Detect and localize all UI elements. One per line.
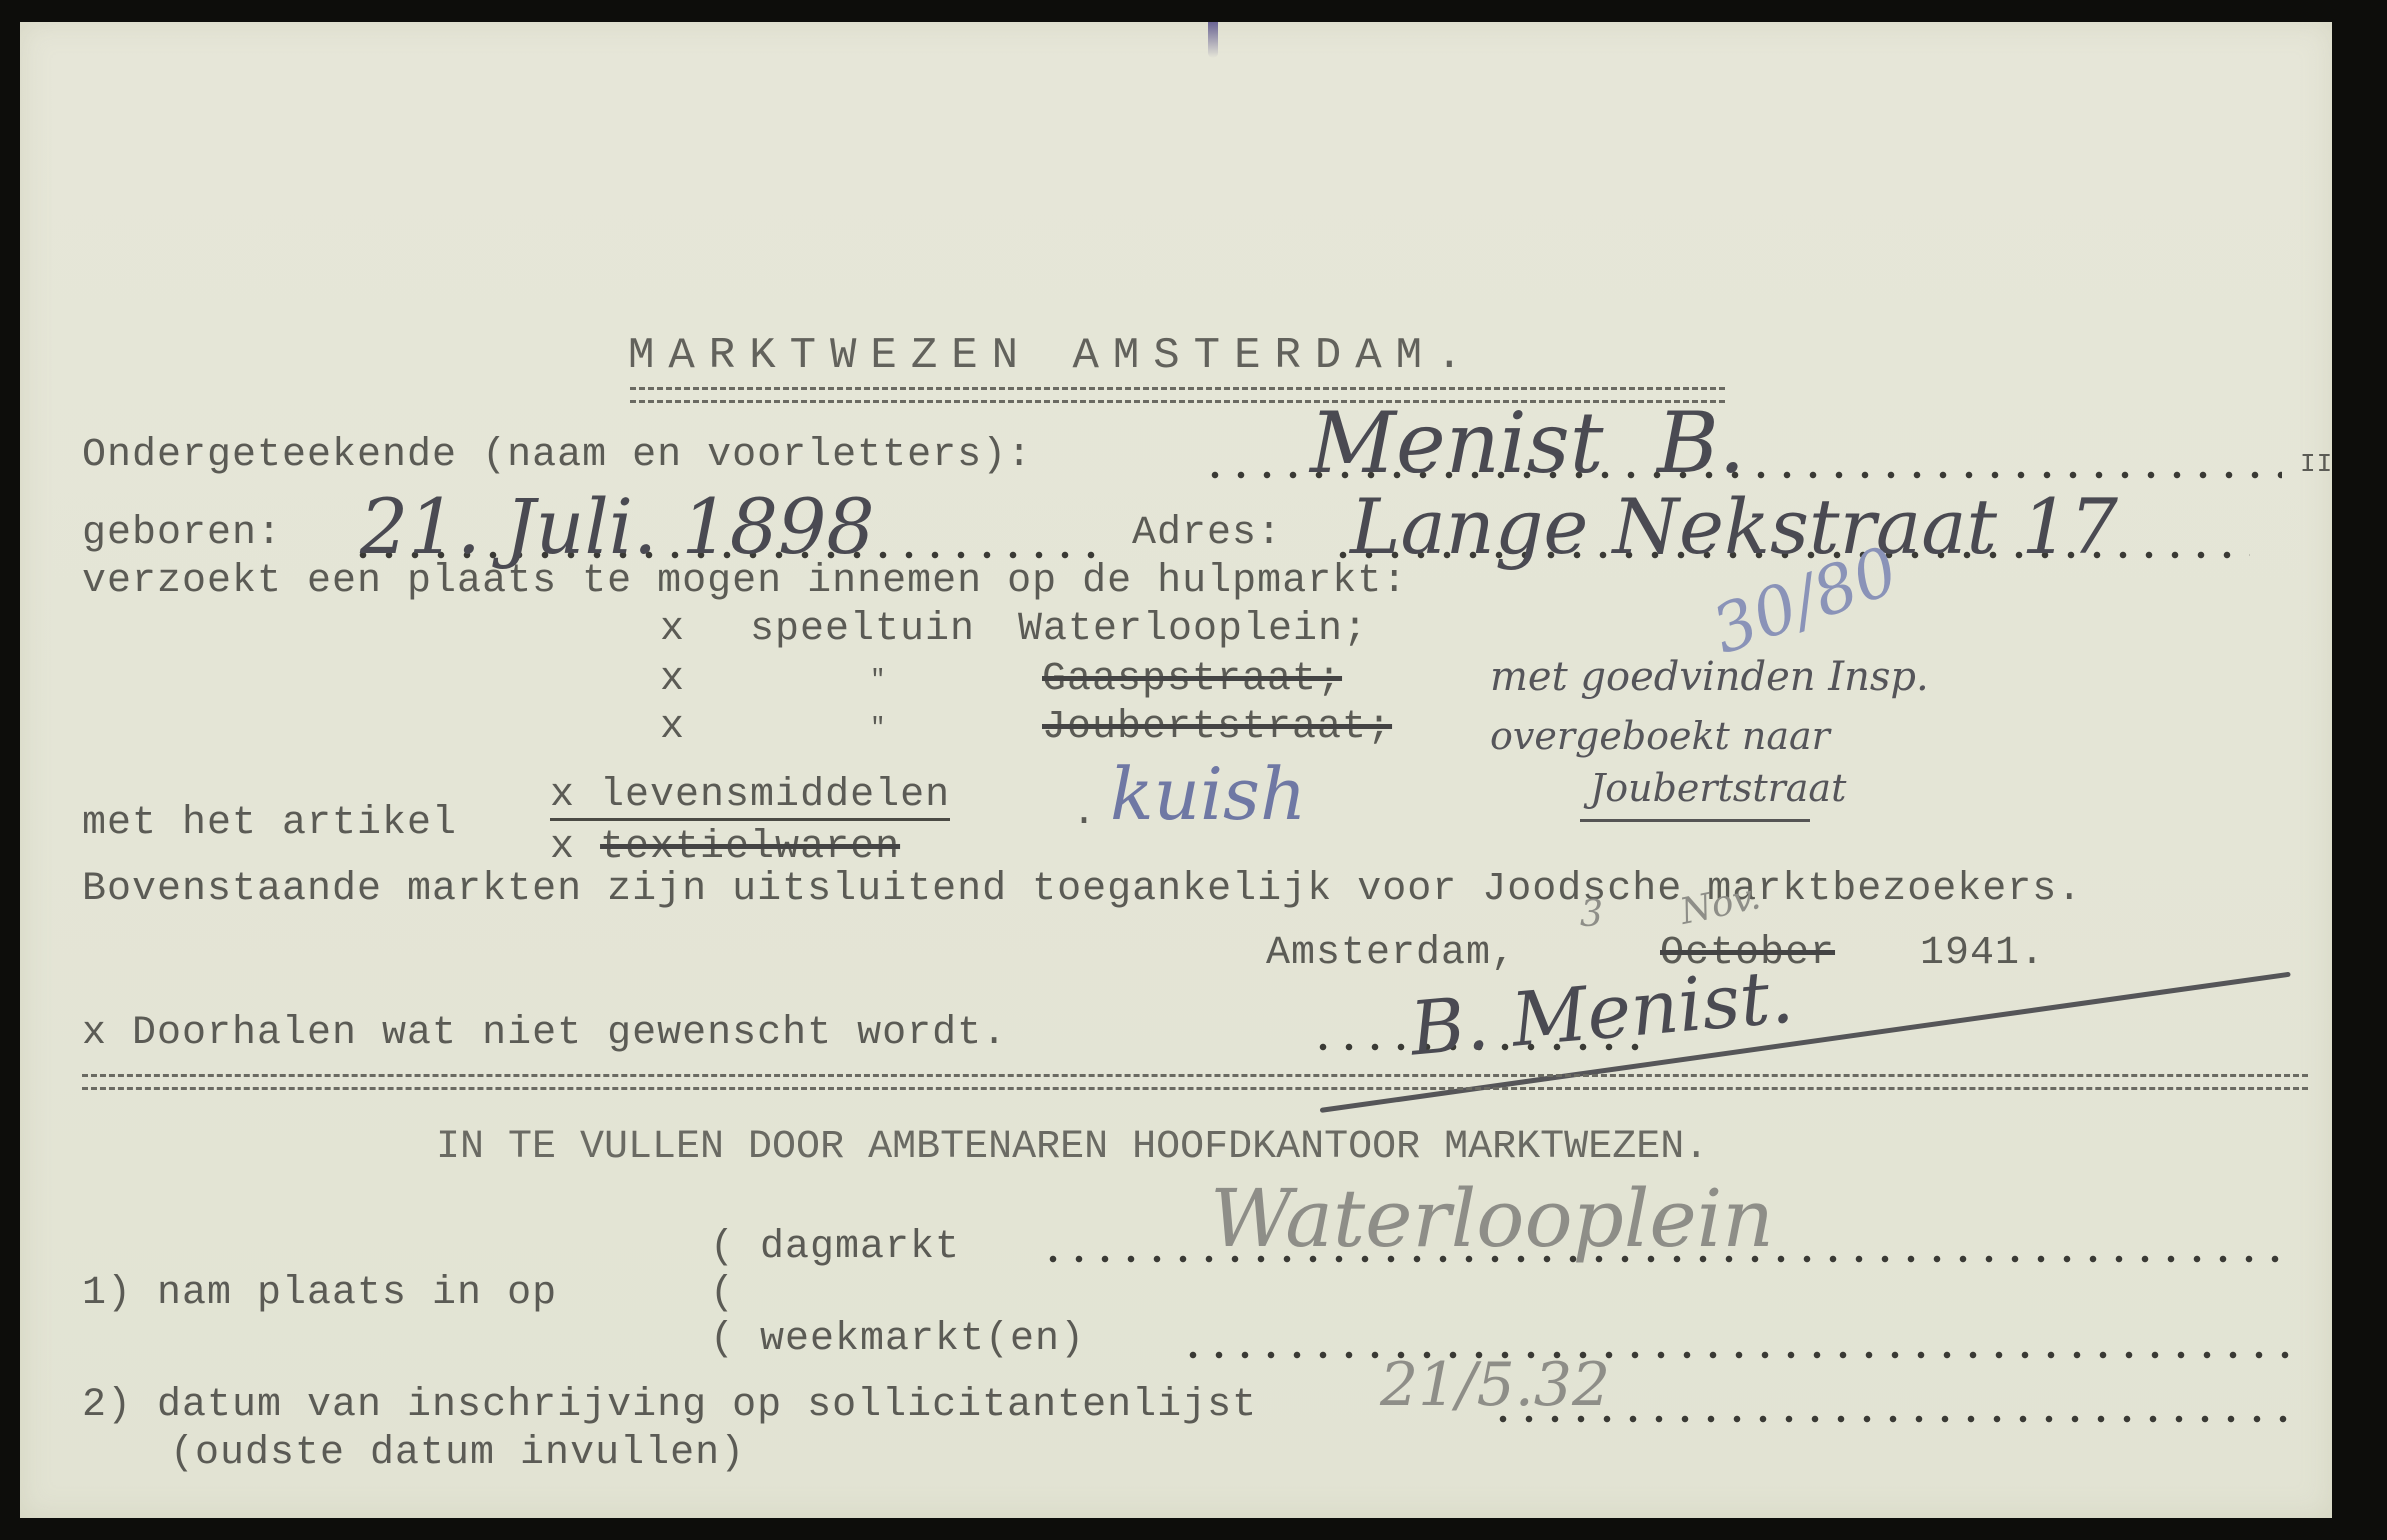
article-label: met het artikel bbox=[82, 802, 457, 846]
blue-ink-mark bbox=[1208, 22, 1218, 58]
article-name: levensmiddelen bbox=[600, 773, 950, 818]
note-underline bbox=[1580, 819, 1810, 822]
place-city: Amsterdam, bbox=[1266, 932, 1516, 976]
handwritten-note-line-3: Joubertstraat bbox=[1590, 766, 1846, 810]
article-marker: x bbox=[550, 773, 575, 818]
item2-dotted-line bbox=[1490, 1414, 2290, 1424]
request-line: verzoekt een plaats te mogen innemen op … bbox=[82, 560, 1407, 604]
handwritten-note-line-1: met goedvinden Insp. bbox=[1490, 654, 1929, 700]
dagmarkt-dotted-line bbox=[1040, 1254, 2290, 1264]
article-option-food: x levensmiddelen bbox=[550, 774, 950, 821]
item1-option-weekmarkt: ( weekmarkt(en) bbox=[710, 1318, 1085, 1362]
name-handwritten: Menist B. bbox=[1310, 394, 1745, 492]
item1-brace: ( bbox=[710, 1272, 735, 1316]
market-name-struck: Joubertstraat; bbox=[1042, 706, 1392, 750]
weekmarkt-dotted-line bbox=[1180, 1350, 2290, 1360]
born-label: geboren: bbox=[82, 512, 282, 556]
office-section-heading: IN TE VULLEN DOOR AMBTENAREN HOOFDKANTOO… bbox=[436, 1126, 1708, 1170]
section-double-rule bbox=[82, 1074, 2308, 1090]
handwritten-note-line-2: overgeboekt naar bbox=[1490, 714, 1830, 758]
item2-handwritten-date: 21/5.32 bbox=[1380, 1350, 1610, 1420]
article-option-textiles: x textielwaren bbox=[550, 826, 900, 870]
born-handwritten: 21. Juli. 1898 bbox=[360, 482, 875, 571]
item2-sublabel: (oudste datum invullen) bbox=[170, 1432, 745, 1476]
article-handwritten: kuish bbox=[1110, 752, 1306, 836]
item1-option-dagmarkt: ( dagmarkt bbox=[710, 1226, 960, 1270]
footnote: x Doorhalen wat niet gewenscht wordt. bbox=[82, 1012, 1007, 1056]
date-day-handwritten: 3 bbox=[1580, 894, 1603, 935]
market-marker: x bbox=[660, 658, 685, 702]
market-name: Waterlooplein; bbox=[1018, 608, 1368, 652]
market-name-struck: Gaaspstraat; bbox=[1042, 658, 1342, 702]
article-name-struck: textielwaren bbox=[600, 825, 900, 870]
name-suffix: II bbox=[2300, 442, 2333, 486]
name-label: Ondergeteekende (naam en voorletters): bbox=[82, 434, 1032, 478]
market-marker: x bbox=[660, 608, 685, 652]
article-marker: x bbox=[550, 825, 575, 870]
item2-label: 2) datum van inschrijving op sollicitant… bbox=[82, 1384, 1257, 1428]
article-dot: . bbox=[1072, 792, 1097, 836]
market-marker: x bbox=[660, 706, 685, 750]
ditto-mark: " bbox=[870, 706, 887, 750]
date-year: 1941. bbox=[1920, 932, 2045, 976]
document-paper: MARKTWEZEN AMSTERDAM. Ondergeteekende (n… bbox=[20, 22, 2332, 1518]
address-handwritten: Lange Nekstraat 17 bbox=[1350, 482, 2118, 571]
document-title: MARKTWEZEN AMSTERDAM. bbox=[628, 334, 1477, 378]
item1-label: 1) nam plaats in op bbox=[82, 1272, 557, 1316]
address-label: Adres: bbox=[1132, 512, 1282, 556]
market-prefix: speeltuin bbox=[750, 608, 975, 652]
ditto-mark: " bbox=[870, 658, 887, 702]
notice-text: Bovenstaande markten zijn uitsluitend to… bbox=[82, 868, 2082, 912]
dagmarkt-handwritten: Waterlooplein bbox=[1210, 1172, 1774, 1265]
